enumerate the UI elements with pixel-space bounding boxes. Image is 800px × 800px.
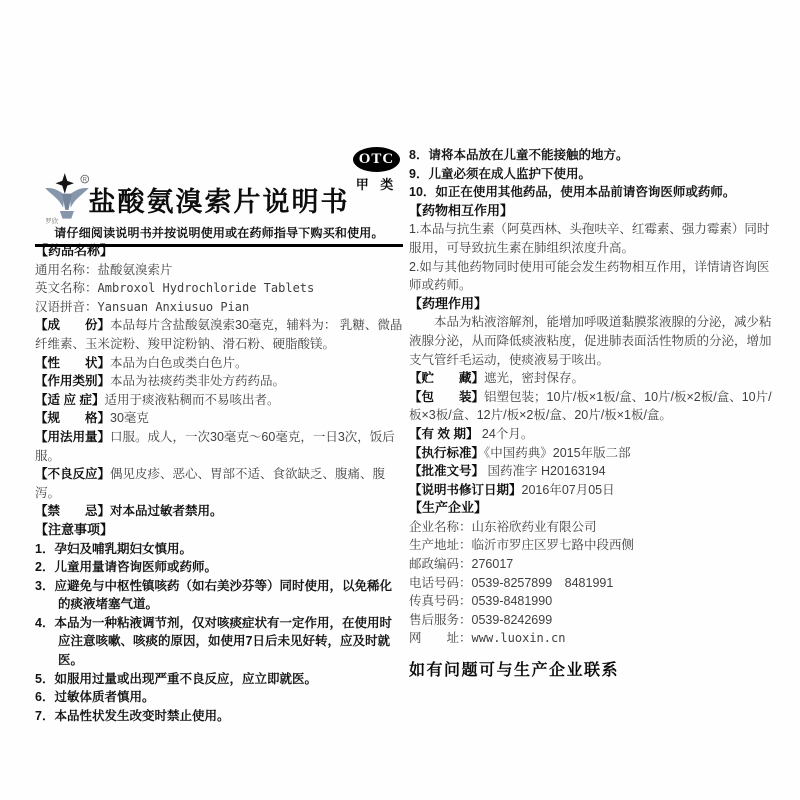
line-label: 【性 状】 (35, 356, 110, 370)
instruction-sheet: R 罗欣 OTC 甲 类 盐酸氨溴索片说明书 请仔细阅读说明书并按说明使用或在药… (0, 0, 800, 800)
precaution-item: 4．本品为一种粘液调节剂，仅对咳痰症状有一定作用，在使用时应注意咳嗽、咳痰的原因… (35, 614, 403, 670)
left-column-body: 【药品名称】通用名称：盐酸氨溴索片英文名称：Ambroxol Hydrochlo… (35, 242, 403, 725)
line-text: 临沂市罗庄区罗七路中段西侧 (472, 538, 635, 552)
line-text: 【注意事项】 (35, 522, 113, 537)
header-divider (35, 244, 403, 247)
section-ingredients: 【成 份】本品每片含盐酸氨溴索30毫克，辅料为： 乳糖、微晶纤维素、玉米淀粉、羧… (35, 316, 403, 353)
section-category: 【作用类别】本品为祛痰药类非处方药药品。 (35, 372, 403, 391)
line-label: 传真号码： (409, 594, 472, 608)
logo-tail-icon (60, 211, 74, 219)
phone-number: 电话号码：0539-8257899 8481991 (409, 574, 775, 593)
line-text: Yansuan Anxiusuo Pian (98, 300, 250, 314)
line-text: 0539-8242699 (472, 613, 553, 627)
line-text: 2.如与其他药物同时使用可能会发生药物相互作用，详情请咨询医师或药师。 (409, 260, 769, 293)
line-text: 24个月。 (478, 427, 533, 441)
line-label: 汉语拼音： (35, 300, 98, 314)
section-approval-number: 【批准文号】 国药准字 H20163194 (409, 462, 775, 481)
generic-name: 通用名称：盐酸氨溴索片 (35, 261, 403, 280)
line-text: 9．儿童必须在成人监护下使用。 (409, 167, 591, 181)
precaution-item: 8．请将本品放在儿童不能接触的地方。 (409, 146, 775, 165)
line-text: 本品为粘液溶解剂，能增加呼吸道黏膜浆液腺的分泌，减少粘液腺分泌，从而降低痰液粘度… (409, 315, 772, 366)
line-label: 【贮 藏】 (409, 371, 484, 385)
line-label: 售后服务： (409, 613, 472, 627)
svg-text:R: R (83, 177, 88, 183)
line-label: 企业名称： (409, 520, 472, 534)
left-column: R 罗欣 OTC 甲 类 盐酸氨溴索片说明书 请仔细阅读说明书并按说明使用或在药… (35, 146, 403, 725)
line-label: 【适 应 症】 (35, 393, 104, 407)
line-text: 山东裕欣药业有限公司 (472, 520, 597, 534)
line-text: 276017 (472, 557, 514, 571)
line-label: 【包 装】 (409, 390, 484, 404)
section-storage: 【贮 藏】遮光，密封保存。 (409, 369, 775, 388)
section-package: 【包 装】铝塑包装；10片/板×1板/盒、10片/板×2板/盒、10片/板×3板… (409, 388, 775, 425)
precaution-item: 7．本品性状发生改变时禁止使用。 (35, 707, 403, 726)
line-label: 【成 份】 (35, 318, 110, 332)
line-text: 盐酸氨溴索片 (98, 263, 173, 277)
line-label: 【不良反应】 (35, 467, 110, 481)
line-label: 【禁 忌】 (35, 504, 110, 518)
line-label: 【说明书修订日期】 (409, 483, 522, 497)
line-text: 2．儿童用量请咨询医师或药师。 (35, 560, 217, 574)
line-text: 《中国药典》2015年版二部 (484, 446, 631, 460)
line-text: 3．应避免与中枢性镇咳药（如右美沙芬等）同时使用，以免稀化的痰液堵塞气道。 (35, 579, 392, 612)
line-label: 【执行标准】 (409, 446, 484, 460)
otc-class-label: 甲 类 (353, 174, 400, 193)
line-label: 邮政编码： (409, 557, 472, 571)
footer-note: 如有问题可与生产企业联系 (409, 657, 775, 680)
section-heading-precautions: 【注意事项】 (35, 521, 403, 540)
section-heading-pharmacology: 【药理作用】 (409, 295, 775, 314)
section-heading-interactions: 【药物相互作用】 (409, 202, 775, 221)
line-text: www.luoxin.cn (472, 631, 566, 645)
line-label: 【用法用量】 (35, 430, 110, 444)
line-label: 【批准文号】 (409, 464, 484, 478)
line-text: 0539-8481990 (472, 594, 553, 608)
logo-brand-name: 罗欣 (45, 216, 59, 224)
pinyin-name: 汉语拼音：Yansuan Anxiusuo Pian (35, 298, 403, 317)
line-label: 【有 效 期】 (409, 427, 478, 441)
precaution-item: 10．如正在使用其他药品，使用本品前请咨询医师或药师。 (409, 183, 775, 202)
line-text: 【药理作用】 (409, 296, 487, 311)
line-text: 8．请将本品放在儿童不能接触的地方。 (409, 148, 628, 162)
section-shelf-life: 【有 效 期】 24个月。 (409, 425, 775, 444)
line-text: 1.本品与抗生素（阿莫西林、头孢呋辛、红霉素、强力霉素）同时服用，可导致抗生素在… (409, 222, 769, 255)
line-text: 10．如正在使用其他药品，使用本品前请咨询医师或药师。 (409, 185, 735, 199)
otc-badge: OTC 甲 类 (353, 147, 400, 193)
logo-left-wing-icon (45, 188, 64, 208)
precaution-item: 1．孕妇及哺乳期妇女慎用。 (35, 540, 403, 559)
line-label: 电话号码： (409, 576, 472, 590)
line-text: 2016年07月05日 (522, 483, 615, 497)
precaution-item: 5．如服用过量或出现严重不良反应，应立即就医。 (35, 670, 403, 689)
line-label: 通用名称： (35, 263, 98, 277)
right-column: 8．请将本品放在儿童不能接触的地方。9．儿童必须在成人监护下使用。10．如正在使… (409, 146, 775, 680)
otc-label: OTC (359, 151, 395, 168)
otc-ellipse: OTC (353, 147, 400, 172)
line-text: 遮光，密封保存。 (484, 371, 584, 385)
pharmacology-text: 本品为粘液溶解剂，能增加呼吸道黏膜浆液腺的分泌，减少粘液腺分泌，从而降低痰液粘度… (409, 313, 775, 369)
line-text: 0539-8257899 8481991 (472, 576, 614, 590)
line-text: 国药准字 H20163194 (484, 464, 606, 478)
line-text: 6．过敏体质者慎用。 (35, 690, 154, 704)
line-label: 【作用类别】 (35, 374, 110, 388)
line-text: 【药物相互作用】 (409, 203, 513, 218)
logo-right-wing-icon (70, 188, 89, 208)
after-sales-number: 售后服务：0539-8242699 (409, 611, 775, 630)
line-text: 30毫克 (110, 411, 149, 425)
section-revision-date: 【说明书修订日期】2016年07月05日 (409, 481, 775, 500)
precaution-item: 3．应避免与中枢性镇咳药（如右美沙芬等）同时使用，以免稀化的痰液堵塞气道。 (35, 577, 403, 614)
manufacturer-address: 生产地址：临沂市罗庄区罗七路中段西侧 (409, 536, 775, 555)
line-text: 对本品过敏者禁用。 (110, 504, 223, 518)
postal-code: 邮政编码：276017 (409, 555, 775, 574)
line-text: 5．如服用过量或出现严重不良反应，应立即就医。 (35, 672, 317, 686)
english-name: 英文名称：Ambroxol Hydrochloride Tablets (35, 279, 403, 298)
fax-number: 传真号码：0539-8481990 (409, 592, 775, 611)
line-text: 1．孕妇及哺乳期妇女慎用。 (35, 542, 192, 556)
line-label: 生产地址： (409, 538, 472, 552)
section-heading-manufacturer: 【生产企业】 (409, 499, 775, 518)
right-column-body: 8．请将本品放在儿童不能接触的地方。9．儿童必须在成人监护下使用。10．如正在使… (409, 146, 775, 648)
line-text: 本品为白色或类白色片。 (110, 356, 248, 370)
line-label: 网 址： (409, 631, 472, 645)
interaction-item: 2.如与其他药物同时使用可能会发生药物相互作用，详情请咨询医师或药师。 (409, 258, 775, 295)
precaution-item: 2．儿童用量请咨询医师或药师。 (35, 558, 403, 577)
precaution-item: 6．过敏体质者慎用。 (35, 688, 403, 707)
sheet-header: R 罗欣 OTC 甲 类 盐酸氨溴索片说明书 请仔细阅读说明书并按说明使用或在药… (35, 146, 403, 242)
line-text: Ambroxol Hydrochloride Tablets (98, 281, 315, 295)
section-description: 【性 状】本品为白色或类白色片。 (35, 354, 403, 373)
brand-logo: R 罗欣 (43, 172, 93, 224)
line-text: 本品为祛痰药类非处方药药品。 (110, 374, 285, 388)
interaction-item: 1.本品与抗生素（阿莫西林、头孢呋辛、红霉素、强力霉素）同时服用，可导致抗生素在… (409, 220, 775, 257)
section-dosage: 【用法用量】口服。成人，一次30毫克～60毫克，一日3次，饭后服。 (35, 428, 403, 465)
section-indications: 【适 应 症】适用于痰液粘稠而不易咳出者。 (35, 391, 403, 410)
line-text: 适用于痰液粘稠而不易咳出者。 (104, 393, 279, 407)
section-standard: 【执行标准】《中国药典》2015年版二部 (409, 444, 775, 463)
section-adverse-reactions: 【不良反应】偶见皮疹、恶心、胃部不适、食欲缺乏、腹痛、腹泻。 (35, 465, 403, 502)
logo-star-icon (56, 173, 74, 194)
website: 网 址：www.luoxin.cn (409, 629, 775, 648)
line-text: 4．本品为一种粘液调节剂，仅对咳痰症状有一定作用，在使用时应注意咳嗽、咳痰的原因… (35, 616, 392, 667)
line-label: 【规 格】 (35, 411, 110, 425)
precaution-item: 9．儿童必须在成人监护下使用。 (409, 165, 775, 184)
line-text: 7．本品性状发生改变时禁止使用。 (35, 709, 229, 723)
manufacturer-name: 企业名称：山东裕欣药业有限公司 (409, 518, 775, 537)
line-text: 【生产企业】 (409, 500, 487, 515)
line-label: 英文名称： (35, 281, 98, 295)
section-contraindications: 【禁 忌】对本品过敏者禁用。 (35, 502, 403, 521)
section-strength: 【规 格】30毫克 (35, 409, 403, 428)
page-subtitle: 请仔细阅读说明书并按说明使用或在药师指导下购买和使用。 (35, 224, 403, 241)
